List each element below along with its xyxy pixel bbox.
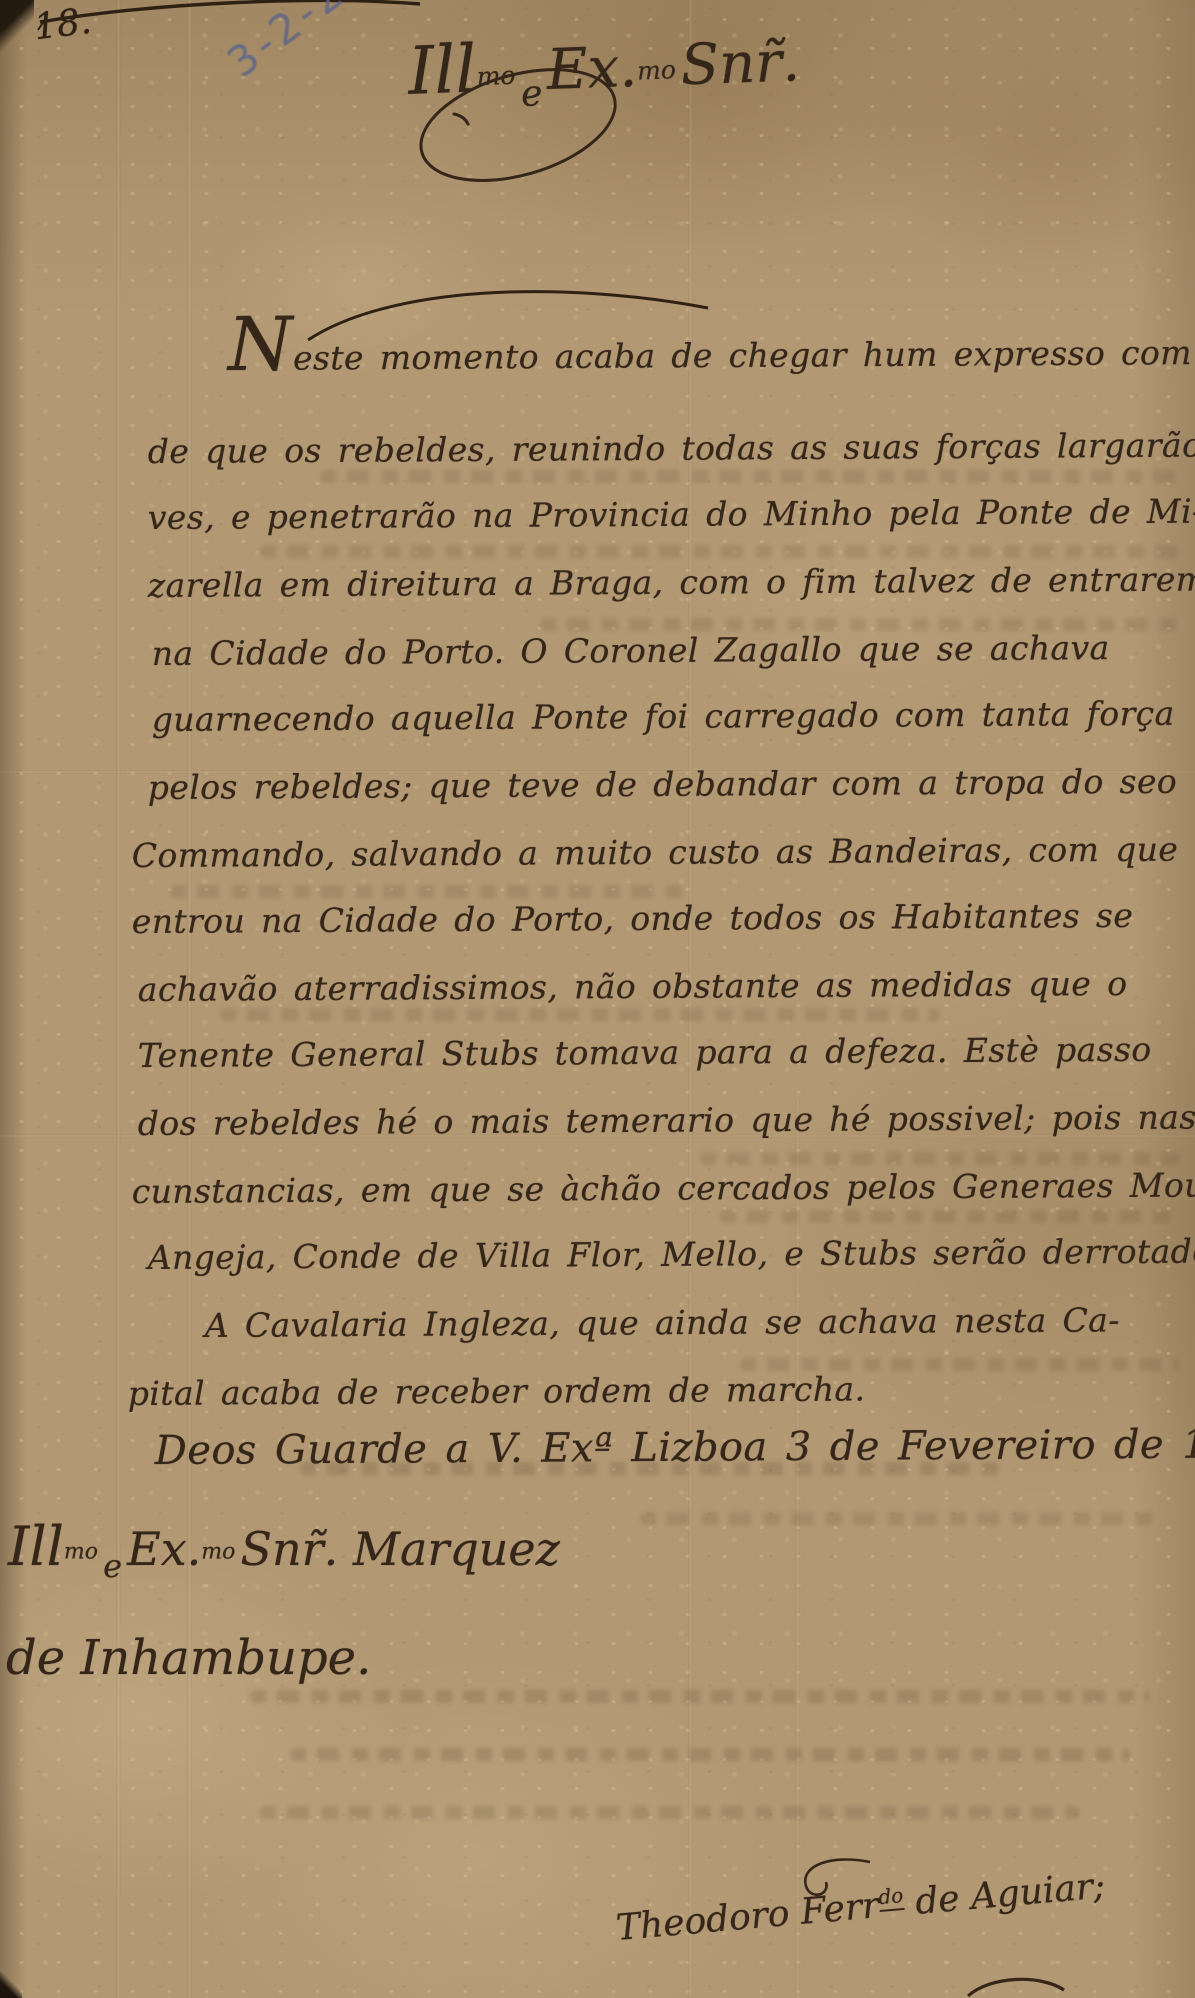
manuscript-line: Angeja, Conde de Villa Flor, Mello, e St… [148, 1231, 1195, 1288]
salutation-heading: Illmo e Ex.mo Snr̃. [407, 19, 801, 110]
cutoff-flourish [960, 1974, 1070, 1998]
manuscript-line: guarnecendo aquella Ponte foi carregado … [152, 694, 1175, 750]
recipient-address: Illmo e Ex.mo Snr̃. Marquez [8, 1520, 560, 1574]
page-corner-shadow [0, 0, 34, 52]
manuscript-line: achavão aterradissimos, não obstante as … [138, 964, 1128, 1020]
signature-name: Theodoro Ferr [614, 1885, 881, 1949]
salutation-illmo: Ill [407, 30, 478, 109]
vertical-fold-crease [116, 0, 121, 1998]
salutation-e: e [520, 73, 543, 115]
address-sup: mo [201, 1540, 235, 1565]
ink-bleed-through [290, 1748, 1130, 1761]
archival-number: 18. [32, 1, 94, 49]
manuscript-line: dos rebeldes hé o mais temerario que hé … [138, 1097, 1195, 1154]
ink-bleed-through [170, 885, 690, 898]
manuscript-line: de que os rebeldes, reunindo todas as su… [148, 425, 1195, 482]
signature-abbrev: do [877, 1883, 904, 1912]
recipient-address-line2: de Inhambupe. [6, 1630, 371, 1686]
address-exmo: Ex. [127, 1522, 201, 1576]
manuscript-line: ves, e penetrarão na Provincia do Minho … [148, 492, 1195, 548]
address-illmo: Ill [8, 1515, 64, 1578]
manuscript-line: Commando, salvando a muito custo as Band… [132, 830, 1179, 886]
ink-bleed-through [260, 545, 1180, 558]
manuscript-line: pital acaba de receber ordem de marcha. [128, 1369, 866, 1424]
address-e: e [103, 1547, 122, 1585]
valediction-date-line: Deos Guarde a V. Exª Lizboa 3 de Feverei… [155, 1421, 1195, 1478]
salutation-snr: Snr̃. [680, 29, 801, 98]
manuscript-line: na Cidade do Porto. O Coronel Zagallo qu… [152, 628, 1110, 684]
salutation-sup: mo [476, 61, 516, 91]
ink-bleed-through [640, 1512, 1160, 1525]
ink-bleed-through [250, 1690, 1150, 1703]
address-sup: mo [64, 1540, 98, 1565]
salutation-exmo: Ex. [546, 35, 638, 103]
manuscript-line: cunstancias, em que se àchão cercados pe… [132, 1165, 1195, 1222]
salutation-sup: mo [637, 55, 677, 85]
signature-line: Theodoro Ferrdo de Aguiar; [614, 1865, 1106, 1949]
address-title: Snr̃. Marquez [240, 1522, 559, 1576]
ink-bleed-through [260, 1806, 1080, 1819]
pencil-date-annotation: 3-2-27 [218, 0, 381, 87]
manuscript-line: Neste momento acaba de chegar hum expres… [228, 323, 1195, 380]
stray-ink-mark [448, 108, 474, 134]
manuscript-line: zarella em direitura a Braga, com o fim … [148, 560, 1195, 616]
page-corner-shadow [0, 1972, 22, 1998]
manuscript-line: entrou na Cidade do Porto, onde todos os… [132, 896, 1134, 952]
manuscript-letter-page: 18. 3-2-27 Illmo e Ex.mo Snr̃. Neste mom… [0, 0, 1195, 1998]
manuscript-line: Tenente General Stubs tomava para a defe… [138, 1030, 1152, 1086]
manuscript-line: A Cavalaria Ingleza, que ainda se achava… [205, 1300, 1120, 1356]
ink-bleed-through [700, 1152, 1180, 1165]
signature-name-end: de Aguiar; [902, 1865, 1107, 1923]
manuscript-line: pelos rebeldes; que teve de debandar com… [148, 762, 1178, 818]
